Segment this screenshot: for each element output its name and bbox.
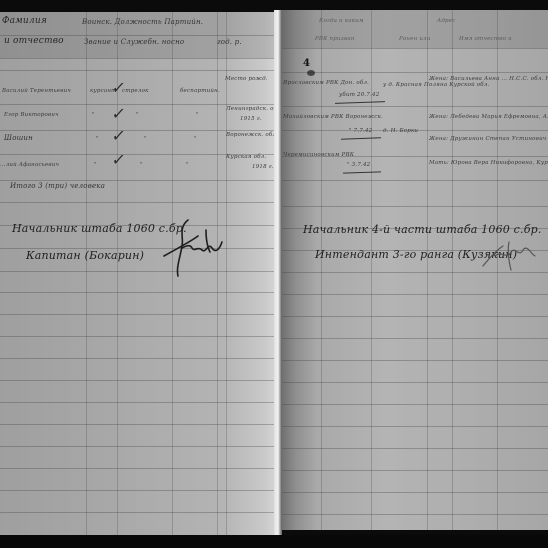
row-2-col4: " xyxy=(196,112,199,118)
row-1-name: Василий Терентьевич xyxy=(2,88,71,94)
row-4-rank: " xyxy=(94,162,97,168)
row-2-rank: " xyxy=(92,112,95,118)
checkmark-icon: ✓ xyxy=(111,104,127,123)
scanned-document: Фамилия и отчество Воинск. Должность Пар… xyxy=(0,0,548,548)
signature-icon xyxy=(160,218,230,278)
row-1-date: убит 20.7.42 xyxy=(339,92,379,98)
header-col-c: Адрес xyxy=(437,18,456,24)
header-col-d: Имя отчество и xyxy=(459,36,512,42)
row-2-name: Егор Викторович xyxy=(4,112,59,118)
header-col-name-line1: Фамилия xyxy=(2,16,47,26)
chief-of-staff-rank-name: Капитан (Бокарин) xyxy=(26,249,144,262)
signature-icon xyxy=(479,236,539,276)
row-4-name: …лий Афанасьевич xyxy=(0,162,59,168)
row-1-col3: стрелок xyxy=(122,88,149,94)
book-spine xyxy=(274,10,282,538)
row-2-rvk: Михайловским РВК Воронежск. xyxy=(283,114,383,120)
row-3-date: " 3.7.42 xyxy=(347,162,370,168)
header-col-a-line2: РВК призван xyxy=(315,36,355,42)
row-2-family: Жена: Лебедева Мария Ефремовна, Алтайски… xyxy=(429,114,548,120)
row-4-year: 1918 г. xyxy=(252,164,274,170)
row-1-family: Жена: Васильева Анна … Н.С.С. обл. Новос… xyxy=(429,76,548,82)
row-2-birthplace: Ленинградск. обл. xyxy=(226,106,278,112)
row-3-birthplace: Воронежск. обл. xyxy=(226,132,278,138)
page-marker: 4 xyxy=(303,58,310,69)
row-2-col3: " xyxy=(136,112,139,118)
header-col-rank-line2: Звание и Служебн. носно xyxy=(84,38,184,46)
row-1-rvk: Ярославским РВК Дон. обл. xyxy=(283,80,369,86)
header-col-year: год. р. xyxy=(217,38,242,46)
header-col-rank-line1: Воинск. Должность Партийн. xyxy=(82,18,203,26)
header-col-birthplace: Место рожд. xyxy=(225,76,268,82)
header-col-b: Ранен или xyxy=(399,36,431,42)
row-4-birthplace: Курская обл. xyxy=(226,154,266,160)
right-header-band xyxy=(279,10,548,48)
row-3-rank: " xyxy=(96,136,99,142)
right-page: 4 Когда и каким РВК призван Ранен или Ад… xyxy=(279,10,548,530)
checkmark-icon: ✓ xyxy=(111,126,127,145)
scan-bottom-edge xyxy=(0,535,548,548)
row-2-date: " 7.7.42 xyxy=(349,128,372,134)
row-3-col4: " xyxy=(194,136,197,142)
chief-of-4th-section-title: Начальник 4-й части штаба 1060 с.бр. xyxy=(303,223,542,236)
row-3-family: Жена: Дружинин Степан Устинович / Михайл… xyxy=(429,136,548,142)
row-1-place: у д. Красная Поляна Курской обл. xyxy=(383,82,490,88)
header-col-a-line1: Когда и каким xyxy=(319,18,364,24)
left-page: Фамилия и отчество Воинск. Должность Пар… xyxy=(0,12,278,538)
checkmark-icon: ✓ xyxy=(111,150,127,169)
row-3-col3: " xyxy=(144,136,147,142)
row-4-col4: " xyxy=(186,162,189,168)
total-count: Итого 3 (три) человека xyxy=(10,182,105,190)
header-col-name-line2: и отчество xyxy=(4,36,64,46)
row-4-family: Мать: Юрова Вера Никифоровна, Курская об… xyxy=(429,160,548,166)
row-4-col3: " xyxy=(140,162,143,168)
row-2-place: д. Н. Борки xyxy=(383,128,418,134)
row-3-name: Шошин xyxy=(4,134,33,142)
row-2-year: 1915 г. xyxy=(240,116,262,122)
row-3-rvk: Черемисиновским РВК xyxy=(283,152,354,158)
row-1-col4: беспартийн. xyxy=(180,88,220,94)
ink-smudge xyxy=(307,70,315,76)
